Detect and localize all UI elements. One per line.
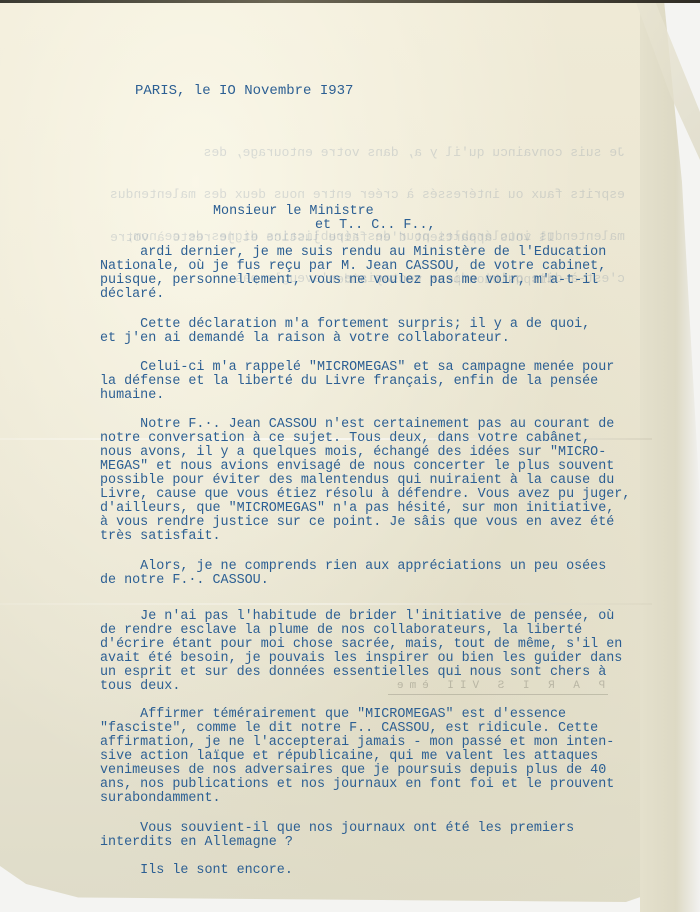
salutation-line-1: Monsieur le Ministre xyxy=(213,205,374,219)
dateline: PARIS, le IO Novembre I937 xyxy=(135,84,353,98)
paragraph-3: Celui-ci m'a rappelé "MICROMEGAS" et sa … xyxy=(100,361,660,403)
paragraph-5: Alors, je ne comprends rien aux apprécia… xyxy=(100,560,660,588)
paragraph-2: Cette déclaration m'a fortement surpris;… xyxy=(100,318,660,346)
letter-body: PARIS, le IO Novembre I937 Monsieur le M… xyxy=(0,0,700,912)
paragraph-1: ardi dernier, je me suis rendu au Minist… xyxy=(100,246,660,302)
paragraph-4: Notre F.·. Jean CASSOU n'est certainemen… xyxy=(100,418,660,544)
paragraph-7: Affirmer témérairement que "MICROMEGAS" … xyxy=(100,708,660,806)
paragraph-6: Je n'ai pas l'habitude de brider l'initi… xyxy=(100,610,660,694)
paragraph-9: Ils le sont encore. xyxy=(100,864,660,878)
paragraph-8: Vous souvient-il que nos journaux ont ét… xyxy=(100,822,660,850)
salutation-line-2: et T.. C.. F.., xyxy=(315,219,436,233)
